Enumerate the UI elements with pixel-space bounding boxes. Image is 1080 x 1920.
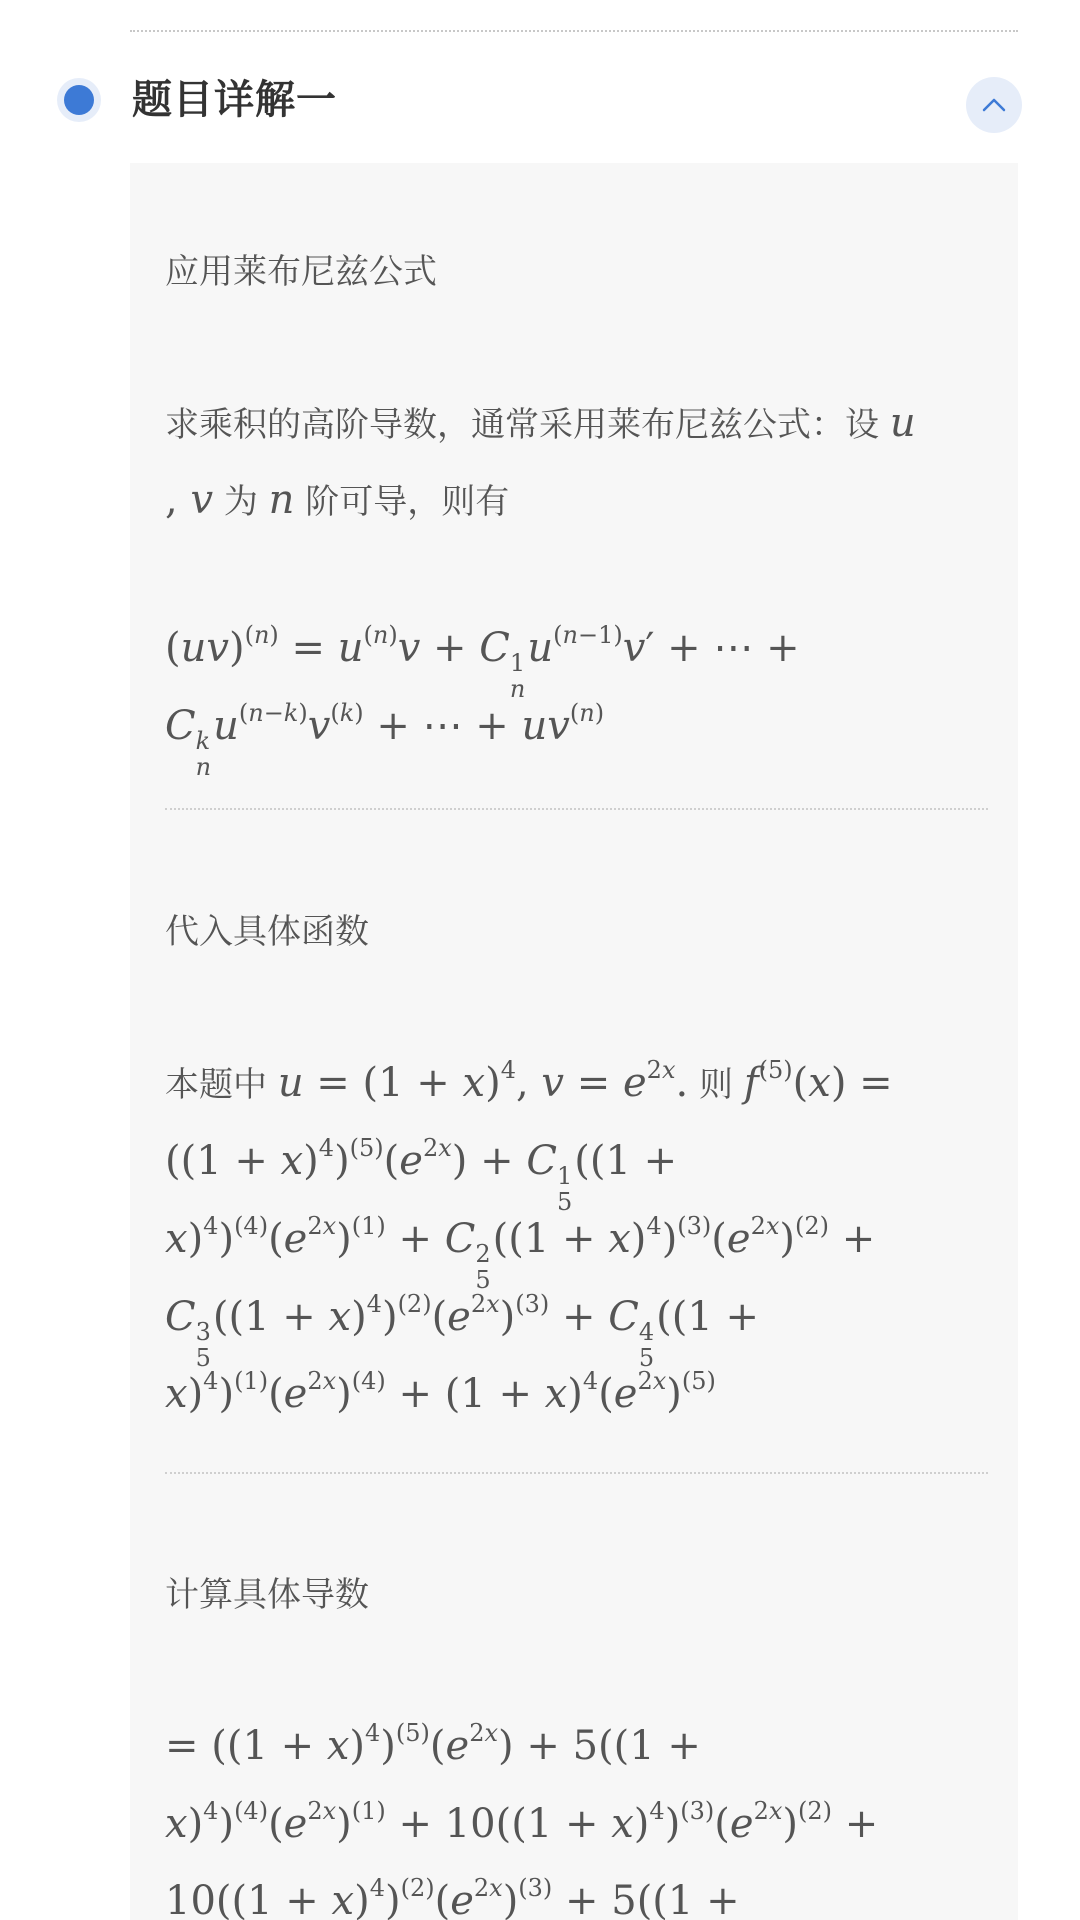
section-heading: 应用莱布尼兹公式 xyxy=(165,252,437,292)
formula-line: x)4)(1)(e2x)(4) + (1 + x)4(e2x)(5) xyxy=(165,1369,716,1419)
paragraph-line: 求乘积的高阶导数，通常采用莱布尼兹公式：设 u xyxy=(165,398,916,450)
section-heading: 代入具体函数 xyxy=(165,912,369,952)
formula-line: x)4)(4)(e2x)(1) + 10((1 + x)4)(3)(e2x)(2… xyxy=(165,1799,878,1849)
paragraph-text: 求乘积的高阶导数，通常采用莱布尼兹公式：设 xyxy=(165,405,890,445)
formula-line: = ((1 + x)4)(5)(e2x) + 5((1 + xyxy=(165,1721,701,1771)
formula-line: C35((1 + x)4)(2)(e2x)(3) + C45((1 + xyxy=(165,1292,759,1371)
formula-line: 10((1 + x)4)(2)(e2x)(3) + 5((1 + xyxy=(165,1876,740,1920)
formula-line: Cknu(n−k)v(k) + ⋯ + uv(n) xyxy=(165,701,604,780)
section-divider xyxy=(165,1472,988,1474)
paragraph-line: , v 为 n 阶可导，则有 xyxy=(165,475,509,527)
top-divider xyxy=(130,30,1018,32)
solution-card: 应用莱布尼兹公式 求乘积的高阶导数，通常采用莱布尼兹公式：设 u , v 为 n… xyxy=(130,163,1018,1920)
formula-line: x)4)(4)(e2x)(1) + C25((1 + x)4)(3)(e2x)(… xyxy=(165,1214,875,1293)
section-title: 题目详解一 xyxy=(132,76,337,124)
section-bullet-icon xyxy=(57,78,101,122)
formula-line: ((1 + x)4)(5)(e2x) + C15((1 + xyxy=(165,1136,677,1215)
paragraph-line: 本题中 u = (1 + x)4, v = e2x. 则 f(5)(x) = xyxy=(165,1058,893,1110)
collapse-toggle-button[interactable] xyxy=(966,77,1022,133)
section-divider xyxy=(165,808,988,810)
formula-line: (uv)(n) = u(n)v + C1nu(n−1)v′ + ⋯ + xyxy=(165,623,800,702)
chevron-up-icon xyxy=(982,95,1006,115)
section-heading: 计算具体导数 xyxy=(165,1575,369,1615)
